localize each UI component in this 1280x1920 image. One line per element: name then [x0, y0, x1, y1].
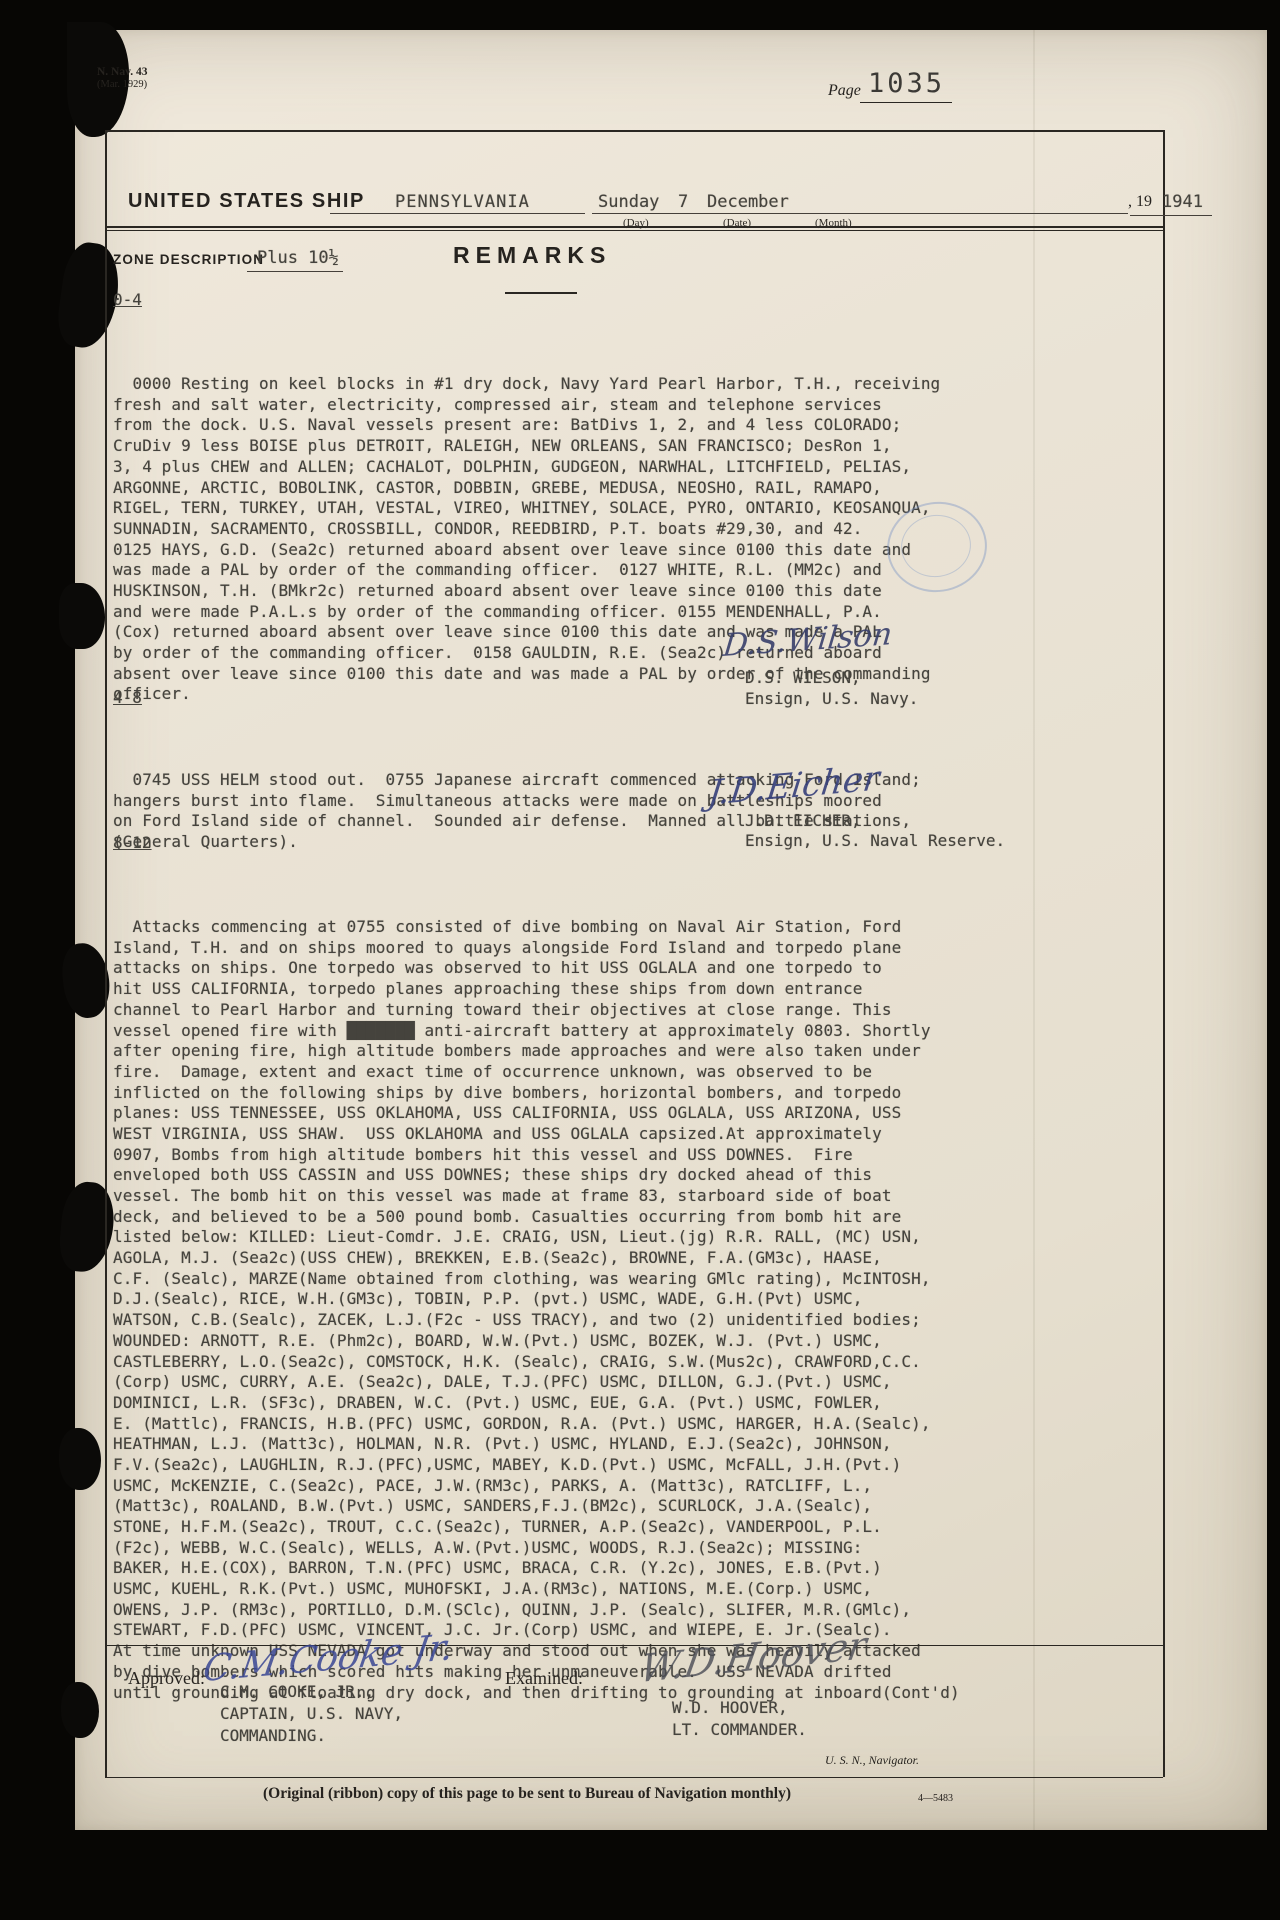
log-line: HEATHMAN, L.J. (Matt3c), HOLMAN, N.R. (P… [113, 1434, 960, 1455]
log-line: (Corp) USMC, CURRY, A.E. (Sea2c), DALE, … [113, 1372, 960, 1393]
footer-note: (Original (ribbon) copy of this page to … [207, 1785, 847, 1803]
log-line: channel to Pearl Harbor and turning towa… [113, 1000, 960, 1021]
page-label: Page [828, 82, 861, 100]
examined-name: W.D. HOOVER, [672, 1698, 788, 1717]
log-line: hit USS CALIFORNIA, torpedo planes appro… [113, 979, 960, 1000]
log-line: after opening fire, high altitude bomber… [113, 1041, 960, 1062]
log-line: enveloped both USS CASSIN and USS DOWNES… [113, 1165, 960, 1186]
zone-value: Plus 10½ [257, 248, 339, 268]
log-line: fresh and salt water, electricity, compr… [113, 395, 940, 416]
log-line: attacks on ships. One torpedo was observ… [113, 958, 960, 979]
log-line: CASTLEBERRY, L.O.(Sea2c), COMSTOCK, H.K.… [113, 1352, 960, 1373]
approved-name: C.M. COOKE, JR., [220, 1682, 374, 1701]
remarks-title: REMARKS [453, 242, 611, 269]
log-line: SUNNADIN, SACRAMENTO, CROSSBILL, CONDOR,… [113, 519, 940, 540]
watch-0-4: 0-4 [113, 290, 142, 309]
log-line: vessel. The bomb hit on this vessel was … [113, 1186, 960, 1207]
log-section-8-12: Attacks commencing at 0755 consisted of … [113, 855, 960, 1703]
log-line: listed below: KILLED: Lieut-Comdr. J.E. … [113, 1227, 960, 1248]
year-underline [1130, 215, 1212, 216]
log-line: 0000 Resting on keel blocks in #1 dry do… [113, 374, 940, 395]
approval-rule-bottom [105, 1777, 1163, 1778]
header-double-rule-2 [105, 230, 1163, 231]
month-value: December [707, 192, 789, 212]
zone-underline [247, 271, 343, 272]
log-line: USMC, McKENZIE, C.(Sea2c), PACE, J.W.(RM… [113, 1476, 960, 1497]
log-line: 0745 USS HELM stood out. 0755 Japanese a… [113, 770, 921, 791]
log-line: USMC, KUEHL, R.K.(Pvt.) USMC, MUHOFSKI, … [113, 1579, 960, 1600]
date-underline [592, 213, 1128, 214]
log-line: DOMINICI, L.R. (SF3c), DRABEN, W.C. (Pvt… [113, 1393, 960, 1414]
log-line: WATSON, C.B.(Sealc), ZACEK, L.J.(F2c - U… [113, 1310, 960, 1331]
binder-hole [57, 1180, 117, 1274]
log-line: and were made P.A.L.s by order of the co… [113, 602, 940, 623]
day-value: Sunday [598, 192, 659, 212]
log-line: STEWART, F.D.(PFC) USMC, VINCENT, J.C. J… [113, 1620, 960, 1641]
log-line: from the dock. U.S. Naval vessels presen… [113, 415, 940, 436]
log-line: HUSKINSON, T.H. (BMkr2c) returned aboard… [113, 581, 940, 602]
log-line: 0907, Bombs from high altitude bombers h… [113, 1145, 960, 1166]
ship-name: PENNSYLVANIA [395, 192, 530, 212]
fold-crease [1033, 30, 1035, 1830]
approved-role: COMMANDING. [220, 1726, 326, 1745]
log-line: F.V.(Sea2c), LAUGHLIN, R.J.(PFC),USMC, M… [113, 1455, 960, 1476]
log-line: fire. Damage, extent and exact time of o… [113, 1062, 960, 1083]
binder-hole [59, 1428, 101, 1490]
log-line: WOUNDED: ARNOTT, R.E. (Phm2c), BOARD, W.… [113, 1331, 960, 1352]
log-line: ARGONNE, ARCTIC, BOBOLINK, CASTOR, DOBBI… [113, 478, 940, 499]
page-number-underline [860, 102, 952, 103]
examined-rank: LT. COMMANDER. [672, 1720, 807, 1739]
log-line: Attacks commencing at 0755 consisted of … [113, 917, 960, 938]
log-line: planes: USS TENNESSEE, USS OKLAHOMA, USS… [113, 1103, 960, 1124]
wilson-signature-title: Ensign, U.S. Navy. [745, 689, 918, 708]
log-line: by order of the commanding officer. 0158… [113, 643, 940, 664]
log-line: (F2c), WEBB, W.C.(Sealc), WELLS, A.W.(Pv… [113, 1538, 960, 1559]
log-line: (Cox) returned aboard absent over leave … [113, 622, 940, 643]
log-line: STONE, H.F.M.(Sea2c), TROUT, C.C.(Sea2c)… [113, 1517, 960, 1538]
year-value: 1941 [1162, 192, 1203, 212]
log-line: RIGEL, TERN, TURKEY, UTAH, VESTAL, VIREO… [113, 498, 940, 519]
log-line: 0125 HAYS, G.D. (Sea2c) returned aboard … [113, 540, 940, 561]
log-line: 3, 4 plus CHEW and ALLEN; CACHALOT, DOLP… [113, 457, 940, 478]
log-line: AGOLA, M.J. (Sea2c)(USS CHEW), BREKKEN, … [113, 1248, 960, 1269]
eicher-signature-title: Ensign, U.S. Naval Reserve. [745, 831, 1005, 850]
watch-4-8: 4-8 [113, 688, 142, 707]
log-line: (Matt3c), ROALAND, B.W.(Pvt.) USMC, SAND… [113, 1496, 960, 1517]
ship-name-underline [330, 213, 585, 214]
navigator-note: U. S. N., Navigator. [825, 1753, 919, 1768]
wilson-signature-name: D.S. WILSON, [745, 668, 861, 687]
log-line: BAKER, H.E.(COX), BARRON, T.N.(PFC) USMC… [113, 1558, 960, 1579]
approval-rule-top [105, 1645, 1163, 1646]
form-number: N. Nav. 43 [97, 66, 147, 78]
scanned-log-photo: N. Nav. 43 (Mar. 1929) Page 1035 UNITED … [0, 0, 1280, 1920]
binder-hole [61, 1682, 99, 1738]
log-line: E. (Mattlc), FRANCIS, H.B.(PFC) USMC, GO… [113, 1414, 960, 1435]
log-line: D.J.(Sealc), RICE, W.H.(GM3c), TOBIN, P.… [113, 1289, 960, 1310]
page-number: 1035 [868, 68, 945, 99]
form-revision: (Mar. 1929) [97, 79, 147, 90]
log-line: Island, T.H. and on ships moored to quay… [113, 938, 960, 959]
year-prefix: , 19 [1128, 193, 1152, 211]
log-page-paper: N. Nav. 43 (Mar. 1929) Page 1035 UNITED … [75, 30, 1267, 1830]
log-line: vessel opened fire with ███████ anti-air… [113, 1021, 960, 1042]
log-line: WEST VIRGINIA, USS SHAW. USS OKLAHOMA an… [113, 1124, 960, 1145]
log-line: CruDiv 9 less BOISE plus DETROIT, RALEIG… [113, 436, 940, 457]
approved-label: Approved: [128, 1668, 205, 1689]
eicher-signature-name: J.D. EICHER, [745, 811, 861, 830]
zone-label: ZONE DESCRIPTION [113, 252, 264, 267]
approved-rank: CAPTAIN, U.S. NAVY, [220, 1704, 403, 1723]
log-line: deck, and believed to be a 500 pound bom… [113, 1207, 960, 1228]
log-box-right [1163, 130, 1165, 1777]
log-line: inflicted on the following ships by dive… [113, 1083, 960, 1104]
header-double-rule-1 [105, 226, 1163, 228]
binder-hole [59, 583, 105, 649]
watch-8-12: 8-12 [113, 833, 152, 852]
log-line: OWENS, J.P. (RM3c), PORTILLO, D.M.(SClc)… [113, 1600, 960, 1621]
date-value: 7 [678, 192, 688, 212]
log-box-left [105, 130, 107, 1777]
examined-label: Examined: [505, 1668, 583, 1689]
log-section-0-4: 0000 Resting on keel blocks in #1 dry do… [113, 312, 940, 705]
log-line: C.F. (Sealc), MARZE(Name obtained from c… [113, 1269, 960, 1290]
footer-code: 4—5483 [918, 1793, 953, 1804]
log-line: was made a PAL by order of the commandin… [113, 560, 940, 581]
log-line: hangers burst into flame. Simultaneous a… [113, 791, 921, 812]
ship-label: UNITED STATES SHIP [128, 190, 365, 213]
remarks-underline [505, 292, 577, 294]
log-box-top [105, 130, 1163, 132]
